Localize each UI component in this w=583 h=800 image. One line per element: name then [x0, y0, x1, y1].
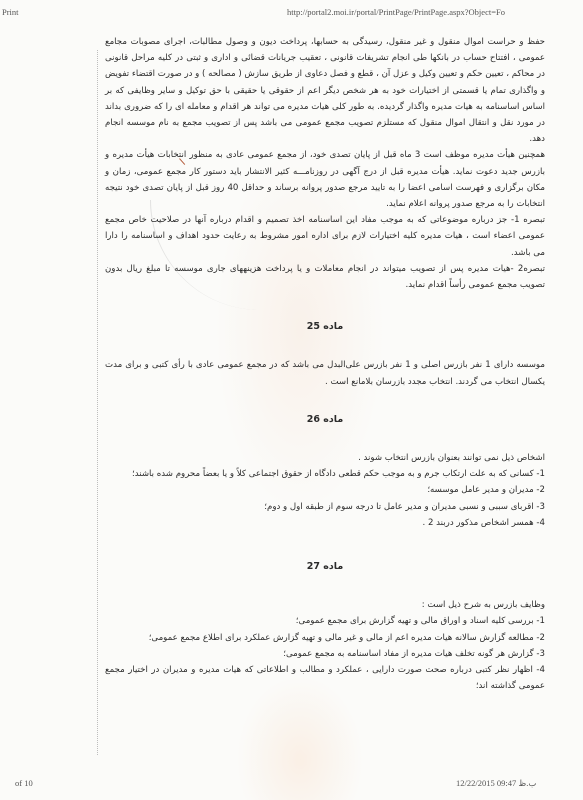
article-27-item-4: 4- اظهار نظر کتبی درباره صحت صورت دارایی… — [105, 662, 545, 694]
print-header: Print http://portal2.moi.ir/portal/Print… — [0, 5, 583, 19]
intro-paragraph-2: همچنین هیأت مدیره موظف است 3 ماه قبل از … — [105, 147, 545, 212]
scanned-page: Print http://portal2.moi.ir/portal/Print… — [0, 0, 583, 800]
article-27-item-3: 3- گزارش هر گونه تخلف هیات مدیره از مفاد… — [105, 646, 545, 662]
article-26-item-2: 2- مدیران و مدیر عامل موسسه؛ — [105, 482, 545, 498]
document-body: حفظ و حراست اموال منقول و غیر منقول، رسی… — [105, 34, 545, 695]
page-count: of 10 — [15, 778, 33, 788]
page-url: http://portal2.moi.ir/portal/PrintPage/P… — [287, 7, 505, 17]
article-27-item-2: 2- مطالعه گزارش سالانه هیات مدیره اعم از… — [105, 630, 545, 646]
article-26-item-4: 4- همسر اشخاص مذکور دربند 2 . — [105, 515, 545, 531]
note-1-paragraph: تبصره 1- جز درباره موضوعاتی که به موجب م… — [105, 212, 545, 261]
article-25-title: ماده 25 — [105, 319, 545, 335]
article-26-item-3: 3- اقربای سببی و نسبی مدیران و مدیر عامل… — [105, 499, 545, 515]
note-2-paragraph: تبصره2 -هیات مدیره پس از تصویب میتواند د… — [105, 261, 545, 293]
article-25-paragraph: موسسه دارای 1 نفر بازرس اصلی و 1 نفر باز… — [105, 357, 545, 389]
article-27-item-1: 1- بررسی کلیه اسناد و اوراق مالی و تهیه … — [105, 613, 545, 629]
margin-rule — [97, 50, 98, 755]
article-26-title: ماده 26 — [105, 412, 545, 428]
print-label: Print — [2, 7, 19, 17]
article-26-intro: اشخاص ذیل نمی توانند بعنوان بازرس انتخاب… — [105, 450, 545, 466]
article-27-title: ماده 27 — [105, 559, 545, 575]
article-26-item-1: 1- کسانی که به علت ارتکاب جرم و به موجب … — [105, 466, 545, 482]
intro-paragraph-1: حفظ و حراست اموال منقول و غیر منقول، رسی… — [105, 34, 545, 147]
article-27-intro: وظایف بازرس به شرح ذیل است : — [105, 597, 545, 613]
print-footer: of 10 12/22/2015 09:47 ب.ظ — [0, 778, 583, 792]
print-datetime: 12/22/2015 09:47 ب.ظ — [456, 778, 536, 789]
